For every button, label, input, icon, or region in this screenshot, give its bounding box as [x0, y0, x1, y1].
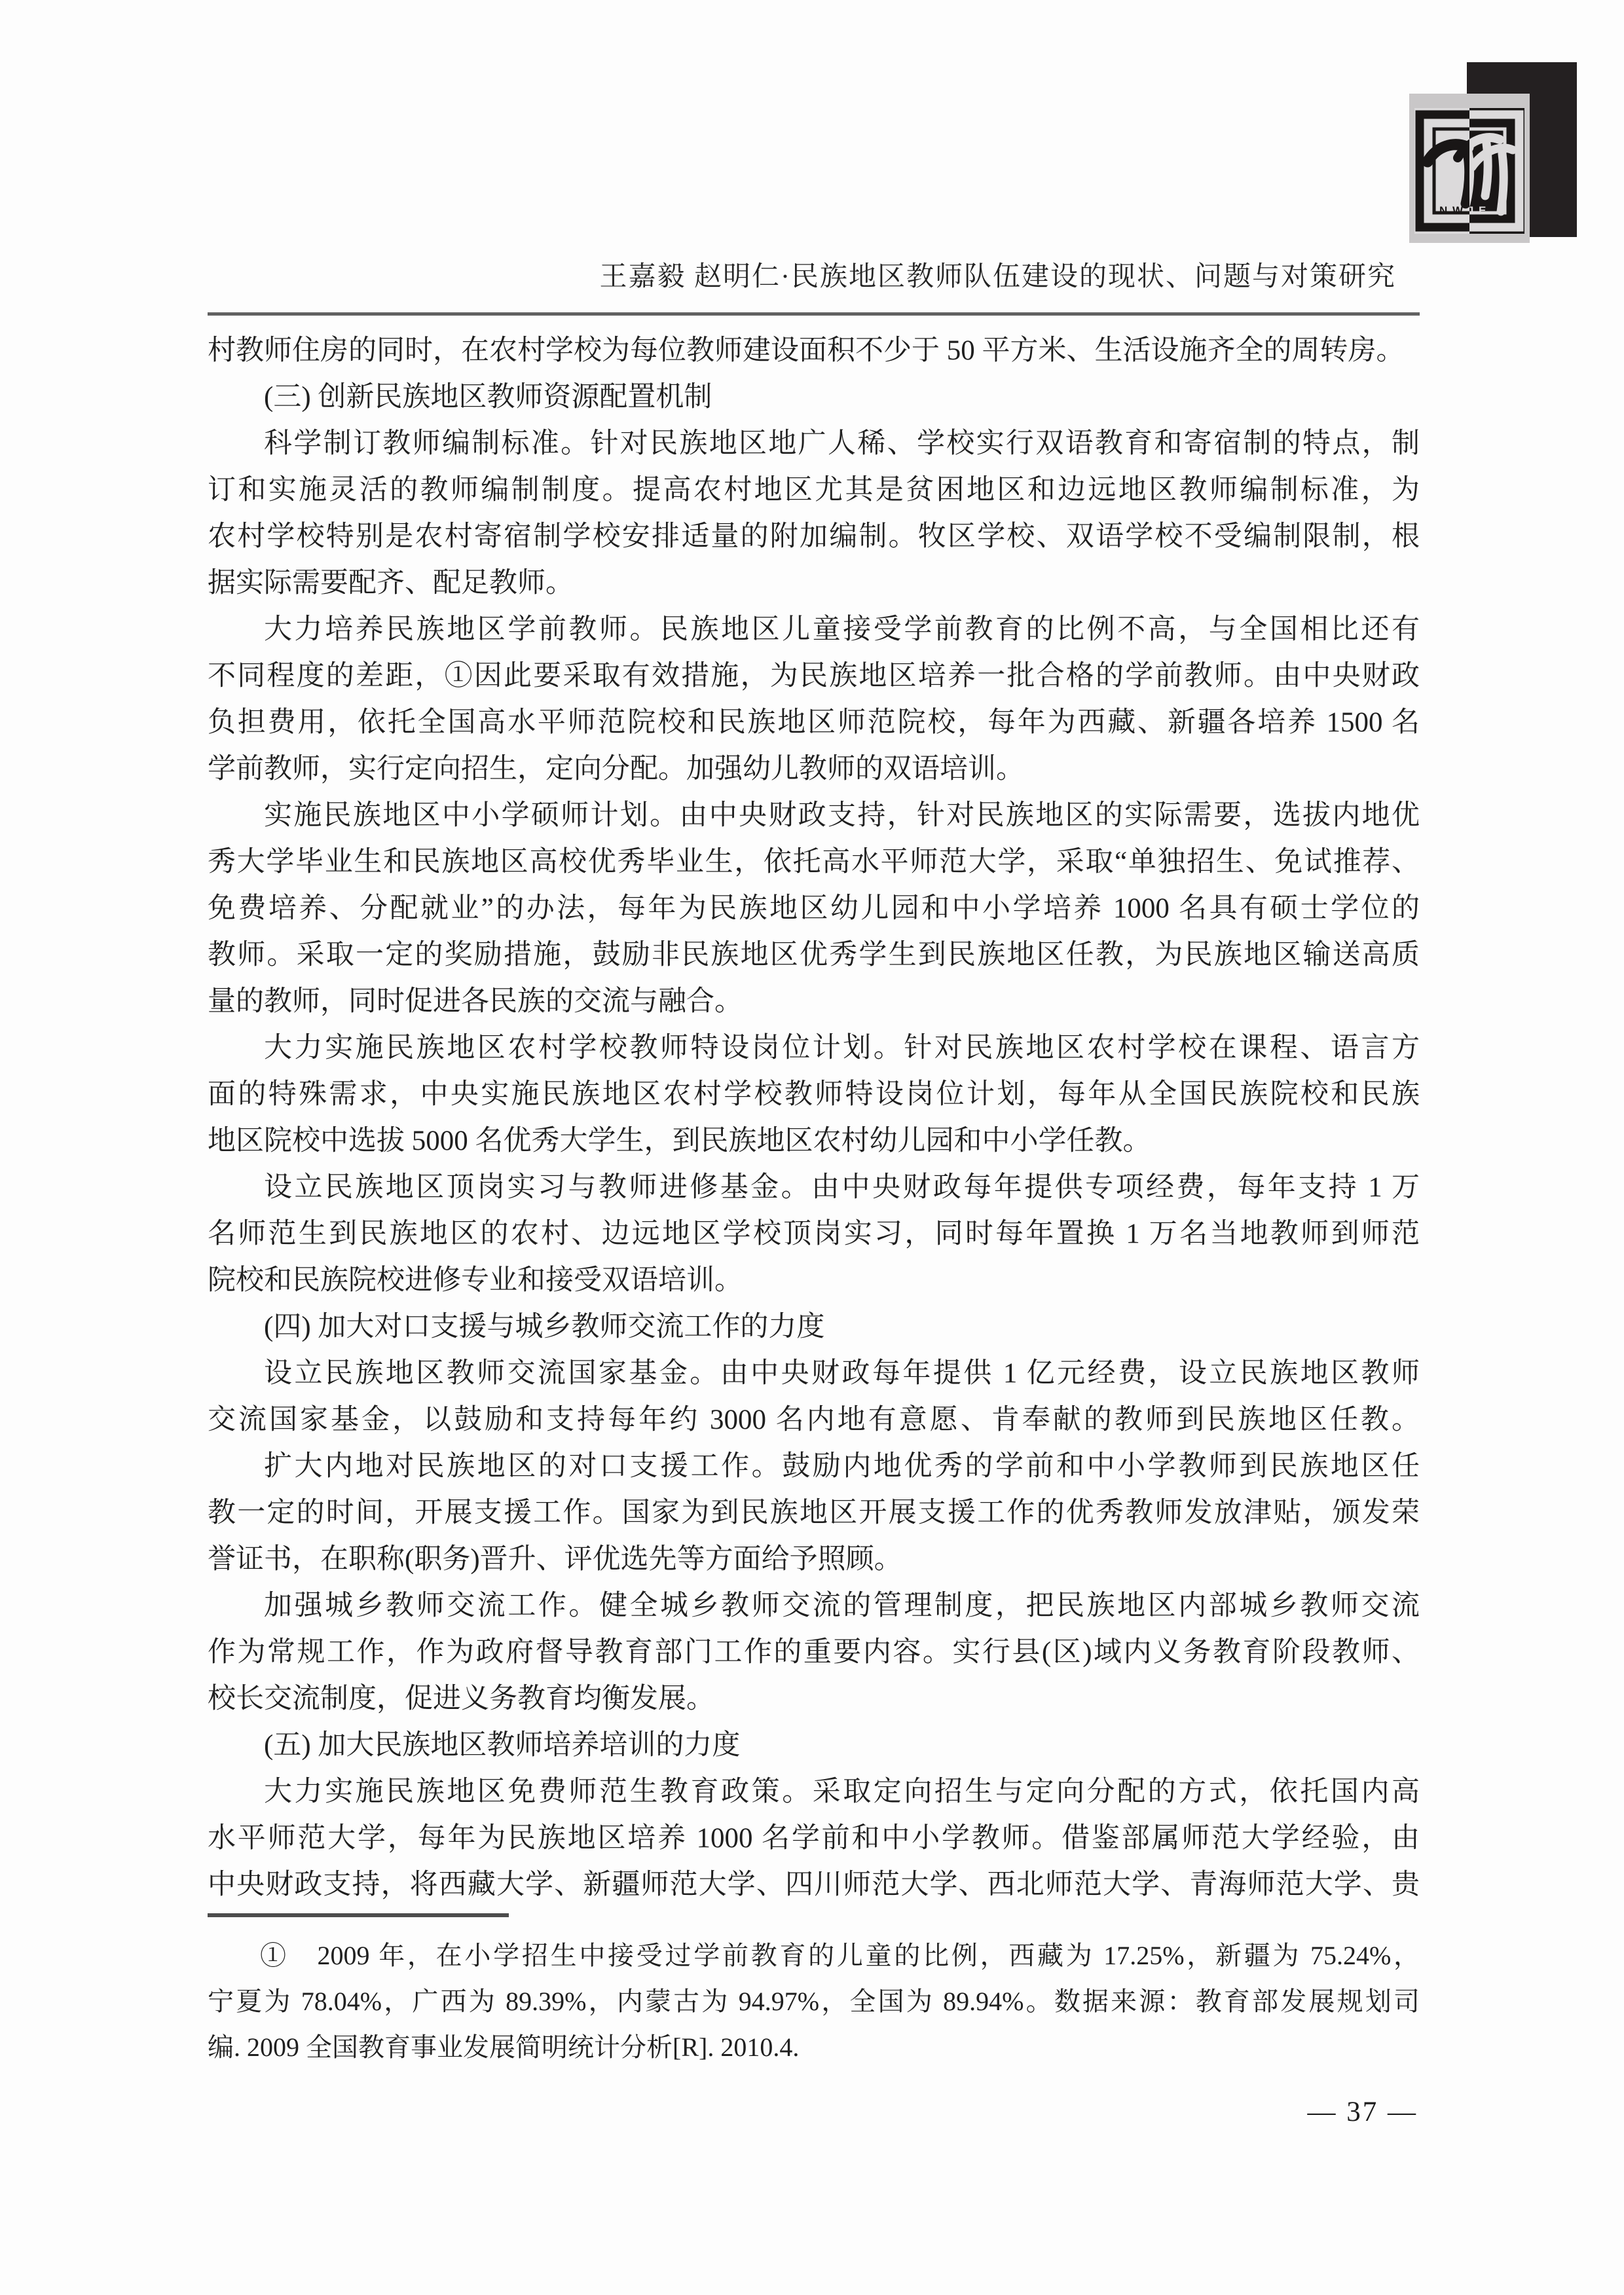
body-line: 教师。采取一定的奖励措施，鼓励非民族地区优秀学生到民族地区任教，为民族地区输送高… [208, 932, 1420, 978]
body-line: 加强城乡教师交流工作。健全城乡教师交流的管理制度，把民族地区内部城乡教师交流 [208, 1583, 1420, 1629]
body-line: 免费培养、分配就业”的办法，每年为民族地区幼儿园和中小学培养 1000 名具有硕… [208, 885, 1420, 932]
footnote: ① 2009 年，在小学招生中接受过学前教育的儿童的比例，西藏为 17.25%，… [208, 1933, 1420, 2070]
body-line: 大力实施民族地区农村学校教师特设岗位计划。针对民族地区农村学校在课程、语言方 [208, 1025, 1420, 1071]
body-line: 学前教师，实行定向招生，定向分配。加强幼儿教师的双语培训。 [208, 746, 1420, 792]
body-line: 誉证书，在职称(职务)晋升、评优选先等方面给予照顾。 [208, 1536, 1420, 1583]
body-line: 作为常规工作，作为政府督导教育部门工作的重要内容。实行县(区)域内义务教育阶段教… [208, 1629, 1420, 1676]
scanned-paper-page: N.W.J.E N.W.J.E 王嘉毅 [0, 0, 1624, 2295]
body-line: 大力实施民族地区免费师范生教育政策。采取定向招生与定向分配的方式，依托国内高 [208, 1769, 1420, 1815]
body-line: 负担费用，依托全国高水平师范院校和民族地区师范院校，每年为西藏、新疆各培养 15… [208, 699, 1420, 746]
body-line: 地区院校中选拔 5000 名优秀大学生，到民族地区农村幼儿园和中小学任教。 [208, 1118, 1420, 1164]
header-rule [208, 312, 1420, 316]
body-line: 院校和民族院校进修专业和接受双语培训。 [208, 1257, 1420, 1304]
body-line: 扩大内地对民族地区的对口支援工作。鼓励内地优秀的学前和中小学教师到民族地区任 [208, 1443, 1420, 1490]
section-heading: (三) 创新民族地区教师资源配置机制 [208, 374, 1420, 420]
body-line: 订和实施灵活的教师编制制度。提高农村地区尤其是贫困地区和边远地区教师编制标准，为 [208, 467, 1420, 513]
body-line: 科学制订教师编制标准。针对民族地区地广人稀、学校实行双语教育和寄宿制的特点，制 [208, 420, 1420, 467]
article-body: 村教师住房的同时，在农村学校为每位教师建设面积不少于 50 平方米、生活设施齐全… [208, 327, 1420, 1908]
running-header: 王嘉毅 赵明仁·民族地区教师队伍建设的现状、问题与对策研究 [600, 261, 1397, 293]
body-line: 交流国家基金，以鼓励和支持每年约 3000 名内地有意愿、肯奉献的教师到民族地区… [208, 1397, 1420, 1443]
footnote-line: 宁夏为 78.04%，广西为 89.39%，内蒙古为 94.97%，全国为 89… [208, 1979, 1420, 2025]
section-heading: (五) 加大民族地区教师培养培训的力度 [208, 1722, 1420, 1769]
page-number: — 37 — [1308, 2095, 1418, 2129]
body-line: 据实际需要配齐、配足教师。 [208, 560, 1420, 606]
body-line: 农村学校特别是农村寄宿制学校安排适量的附加编制。牧区学校、双语学校不受编制限制，… [208, 513, 1420, 560]
footnote-line: 编. 2009 全国教育事业发展简明统计分析[R]. 2010.4. [208, 2025, 1420, 2070]
journal-emblem-graphic: N.W.J.E N.W.J.E [1409, 94, 1530, 243]
body-line: 校长交流制度，促进义务教育均衡发展。 [208, 1676, 1420, 1722]
body-line: 不同程度的差距，①因此要采取有效措施，为民族地区培养一批合格的学前教师。由中央财… [208, 653, 1420, 699]
body-line: 中央财政支持，将西藏大学、新疆师范大学、四川师范大学、西北师范大学、青海师范大学… [208, 1862, 1420, 1908]
body-line: 村教师住房的同时，在农村学校为每位教师建设面积不少于 50 平方米、生活设施齐全… [208, 327, 1420, 374]
body-line: 名师范生到民族地区的农村、边远地区学校顶岗实习，同时每年置换 1 万名当地教师到… [208, 1211, 1420, 1257]
body-line: 秀大学毕业生和民族地区高校优秀毕业生，依托高水平师范大学，采取“单独招生、免试推… [208, 839, 1420, 885]
body-line: 面的特殊需求，中央实施民族地区农村学校教师特设岗位计划，每年从全国民族院校和民族 [208, 1071, 1420, 1118]
section-heading: (四) 加大对口支援与城乡教师交流工作的力度 [208, 1304, 1420, 1350]
journal-logo: N.W.J.E N.W.J.E [1409, 94, 1530, 243]
body-line: 量的教师，同时促进各民族的交流与融合。 [208, 978, 1420, 1025]
body-line: 设立民族地区顶岗实习与教师进修基金。由中央财政每年提供专项经费，每年支持 1 万 [208, 1164, 1420, 1211]
body-line: 设立民族地区教师交流国家基金。由中央财政每年提供 1 亿元经费，设立民族地区教师 [208, 1350, 1420, 1397]
body-line: 大力培养民族地区学前教师。民族地区儿童接受学前教育的比例不高，与全国相比还有 [208, 606, 1420, 653]
body-line: 教一定的时间，开展支援工作。国家为到民族地区开展支援工作的优秀教师发放津贴，颁发… [208, 1490, 1420, 1536]
footnote-rule [208, 1913, 509, 1917]
footnote-line: ① 2009 年，在小学招生中接受过学前教育的儿童的比例，西藏为 17.25%，… [208, 1933, 1420, 1979]
body-line: 实施民族地区中小学硕师计划。由中央财政支持，针对民族地区的实际需要，选拔内地优 [208, 792, 1420, 839]
body-line: 水平师范大学，每年为民族地区培养 1000 名学前和中小学教师。借鉴部属师范大学… [208, 1815, 1420, 1862]
